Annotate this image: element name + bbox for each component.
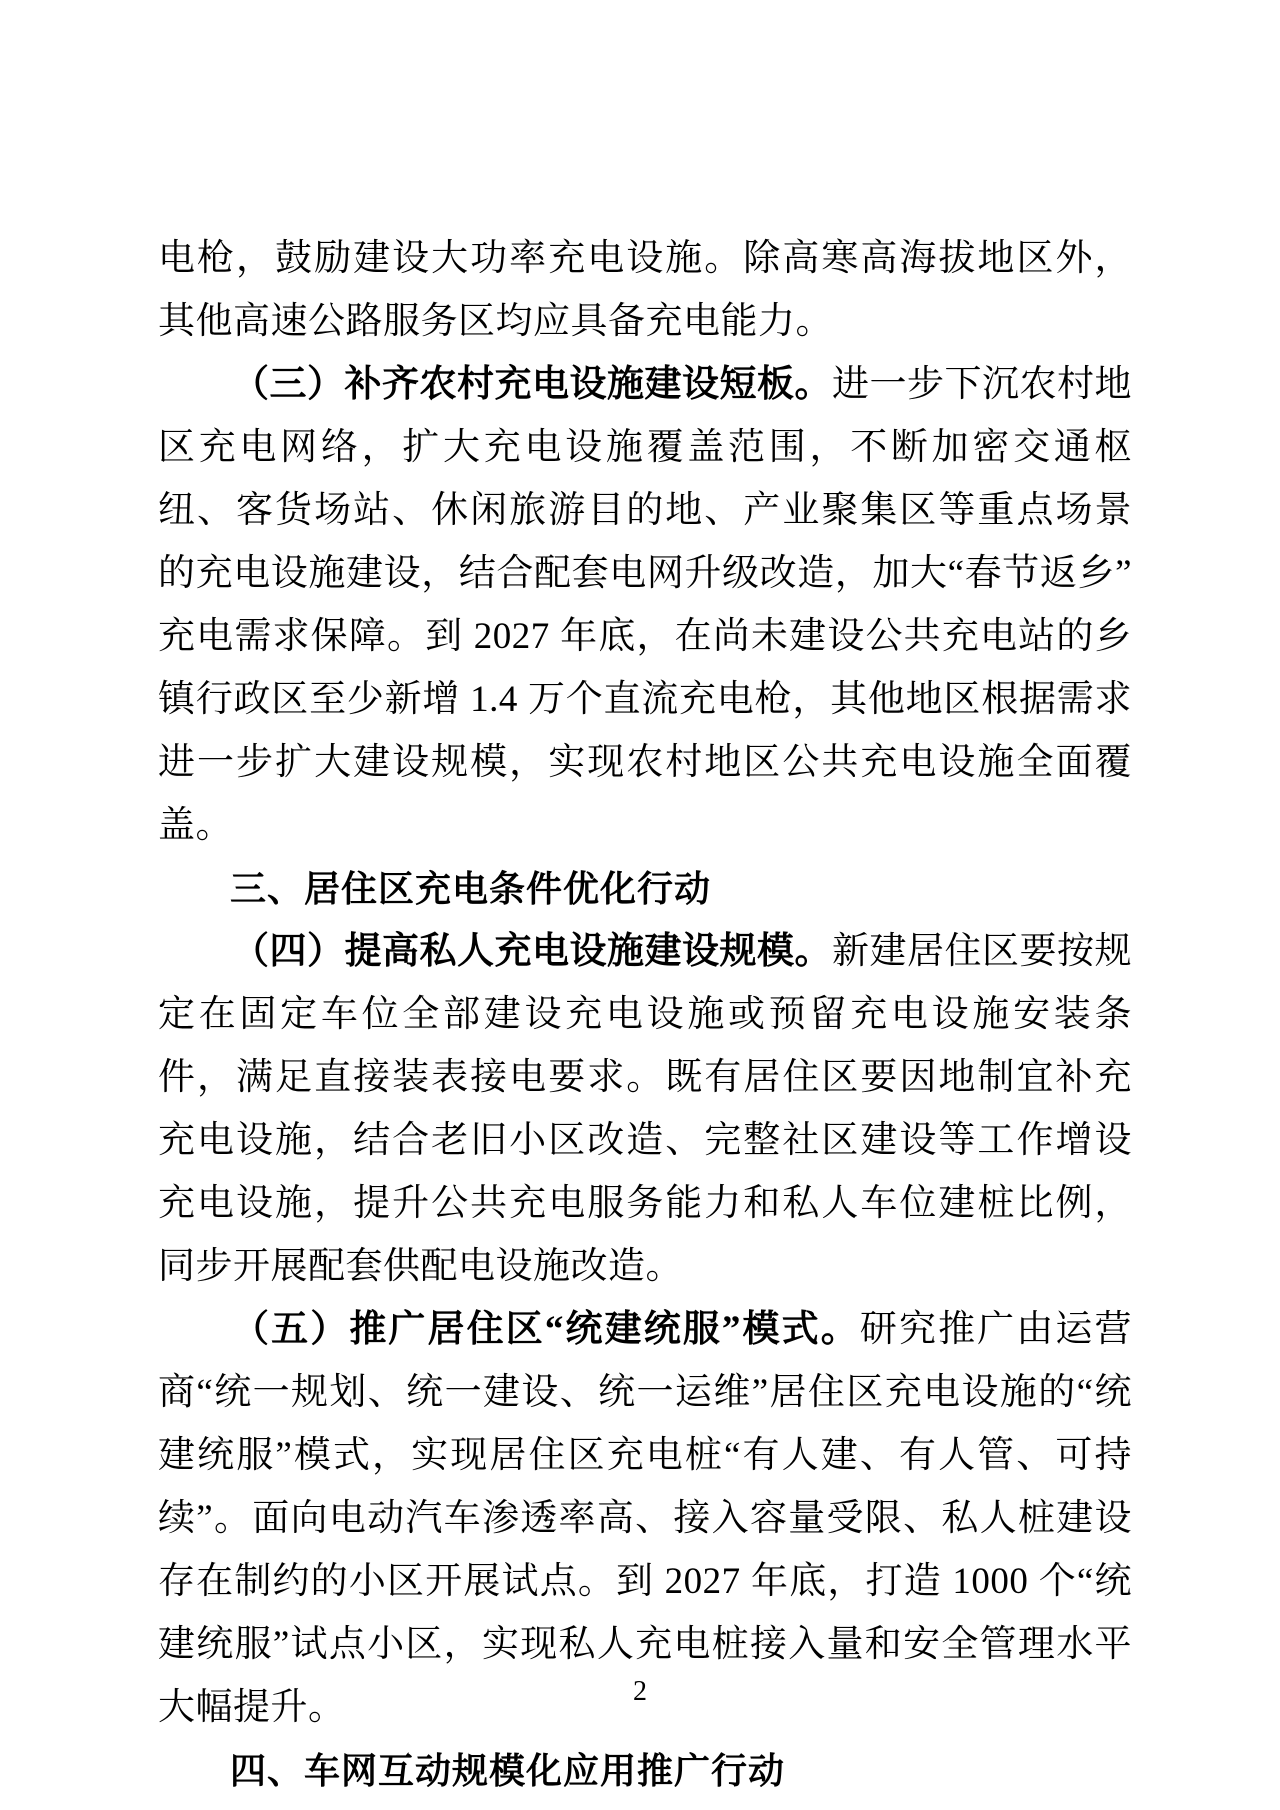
paragraph-lead: （四）提高私人充电设施建设规模。 [232, 931, 832, 972]
paragraph-text: 电枪，鼓励建设大功率充电设施。除高寒高海拔地区外，其他高速公路服务区均应具备充电… [158, 238, 1132, 342]
section-heading-4: 四、车网互动规模化应用推广行动 [158, 1739, 1132, 1802]
paragraph-item-5: （五）推广居住区“统建统服”模式。研究推广由运营商“统一规划、统一建设、统一运维… [158, 1298, 1132, 1739]
page-number: 2 [0, 1676, 1280, 1708]
paragraph-lead: （三）补齐农村充电设施建设短板。 [232, 364, 832, 405]
paragraph-text: 进一步下沉农村地区充电网络，扩大充电设施覆盖范围，不断加密交通枢纽、客货场站、休… [158, 364, 1132, 846]
paragraph-continuation: 电枪，鼓励建设大功率充电设施。除高寒高海拔地区外，其他高速公路服务区均应具备充电… [158, 227, 1132, 353]
paragraph-text: 研究推广由运营商“统一规划、统一建设、统一运维”居住区充电设施的“统建统服”模式… [158, 1309, 1132, 1728]
section-heading-text: 三、居住区充电条件优化行动 [230, 868, 711, 909]
document-body: 电枪，鼓励建设大功率充电设施。除高寒高海拔地区外，其他高速公路服务区均应具备充电… [158, 227, 1132, 1802]
paragraph-lead: （五）推广居住区“统建统服”模式。 [232, 1309, 860, 1350]
document-page: 电枪，鼓励建设大功率充电设施。除高寒高海拔地区外，其他高速公路服务区均应具备充电… [0, 0, 1280, 1810]
paragraph-item-3: （三）补齐农村充电设施建设短板。进一步下沉农村地区充电网络，扩大充电设施覆盖范围… [158, 353, 1132, 857]
section-heading-text: 四、车网互动规模化应用推广行动 [230, 1750, 785, 1791]
paragraph-text: 新建居住区要按规定在固定车位全部建设充电设施或预留充电设施安装条件，满足直接装表… [158, 931, 1132, 1287]
paragraph-item-4: （四）提高私人充电设施建设规模。新建居住区要按规定在固定车位全部建设充电设施或预… [158, 920, 1132, 1298]
section-heading-3: 三、居住区充电条件优化行动 [158, 857, 1132, 920]
